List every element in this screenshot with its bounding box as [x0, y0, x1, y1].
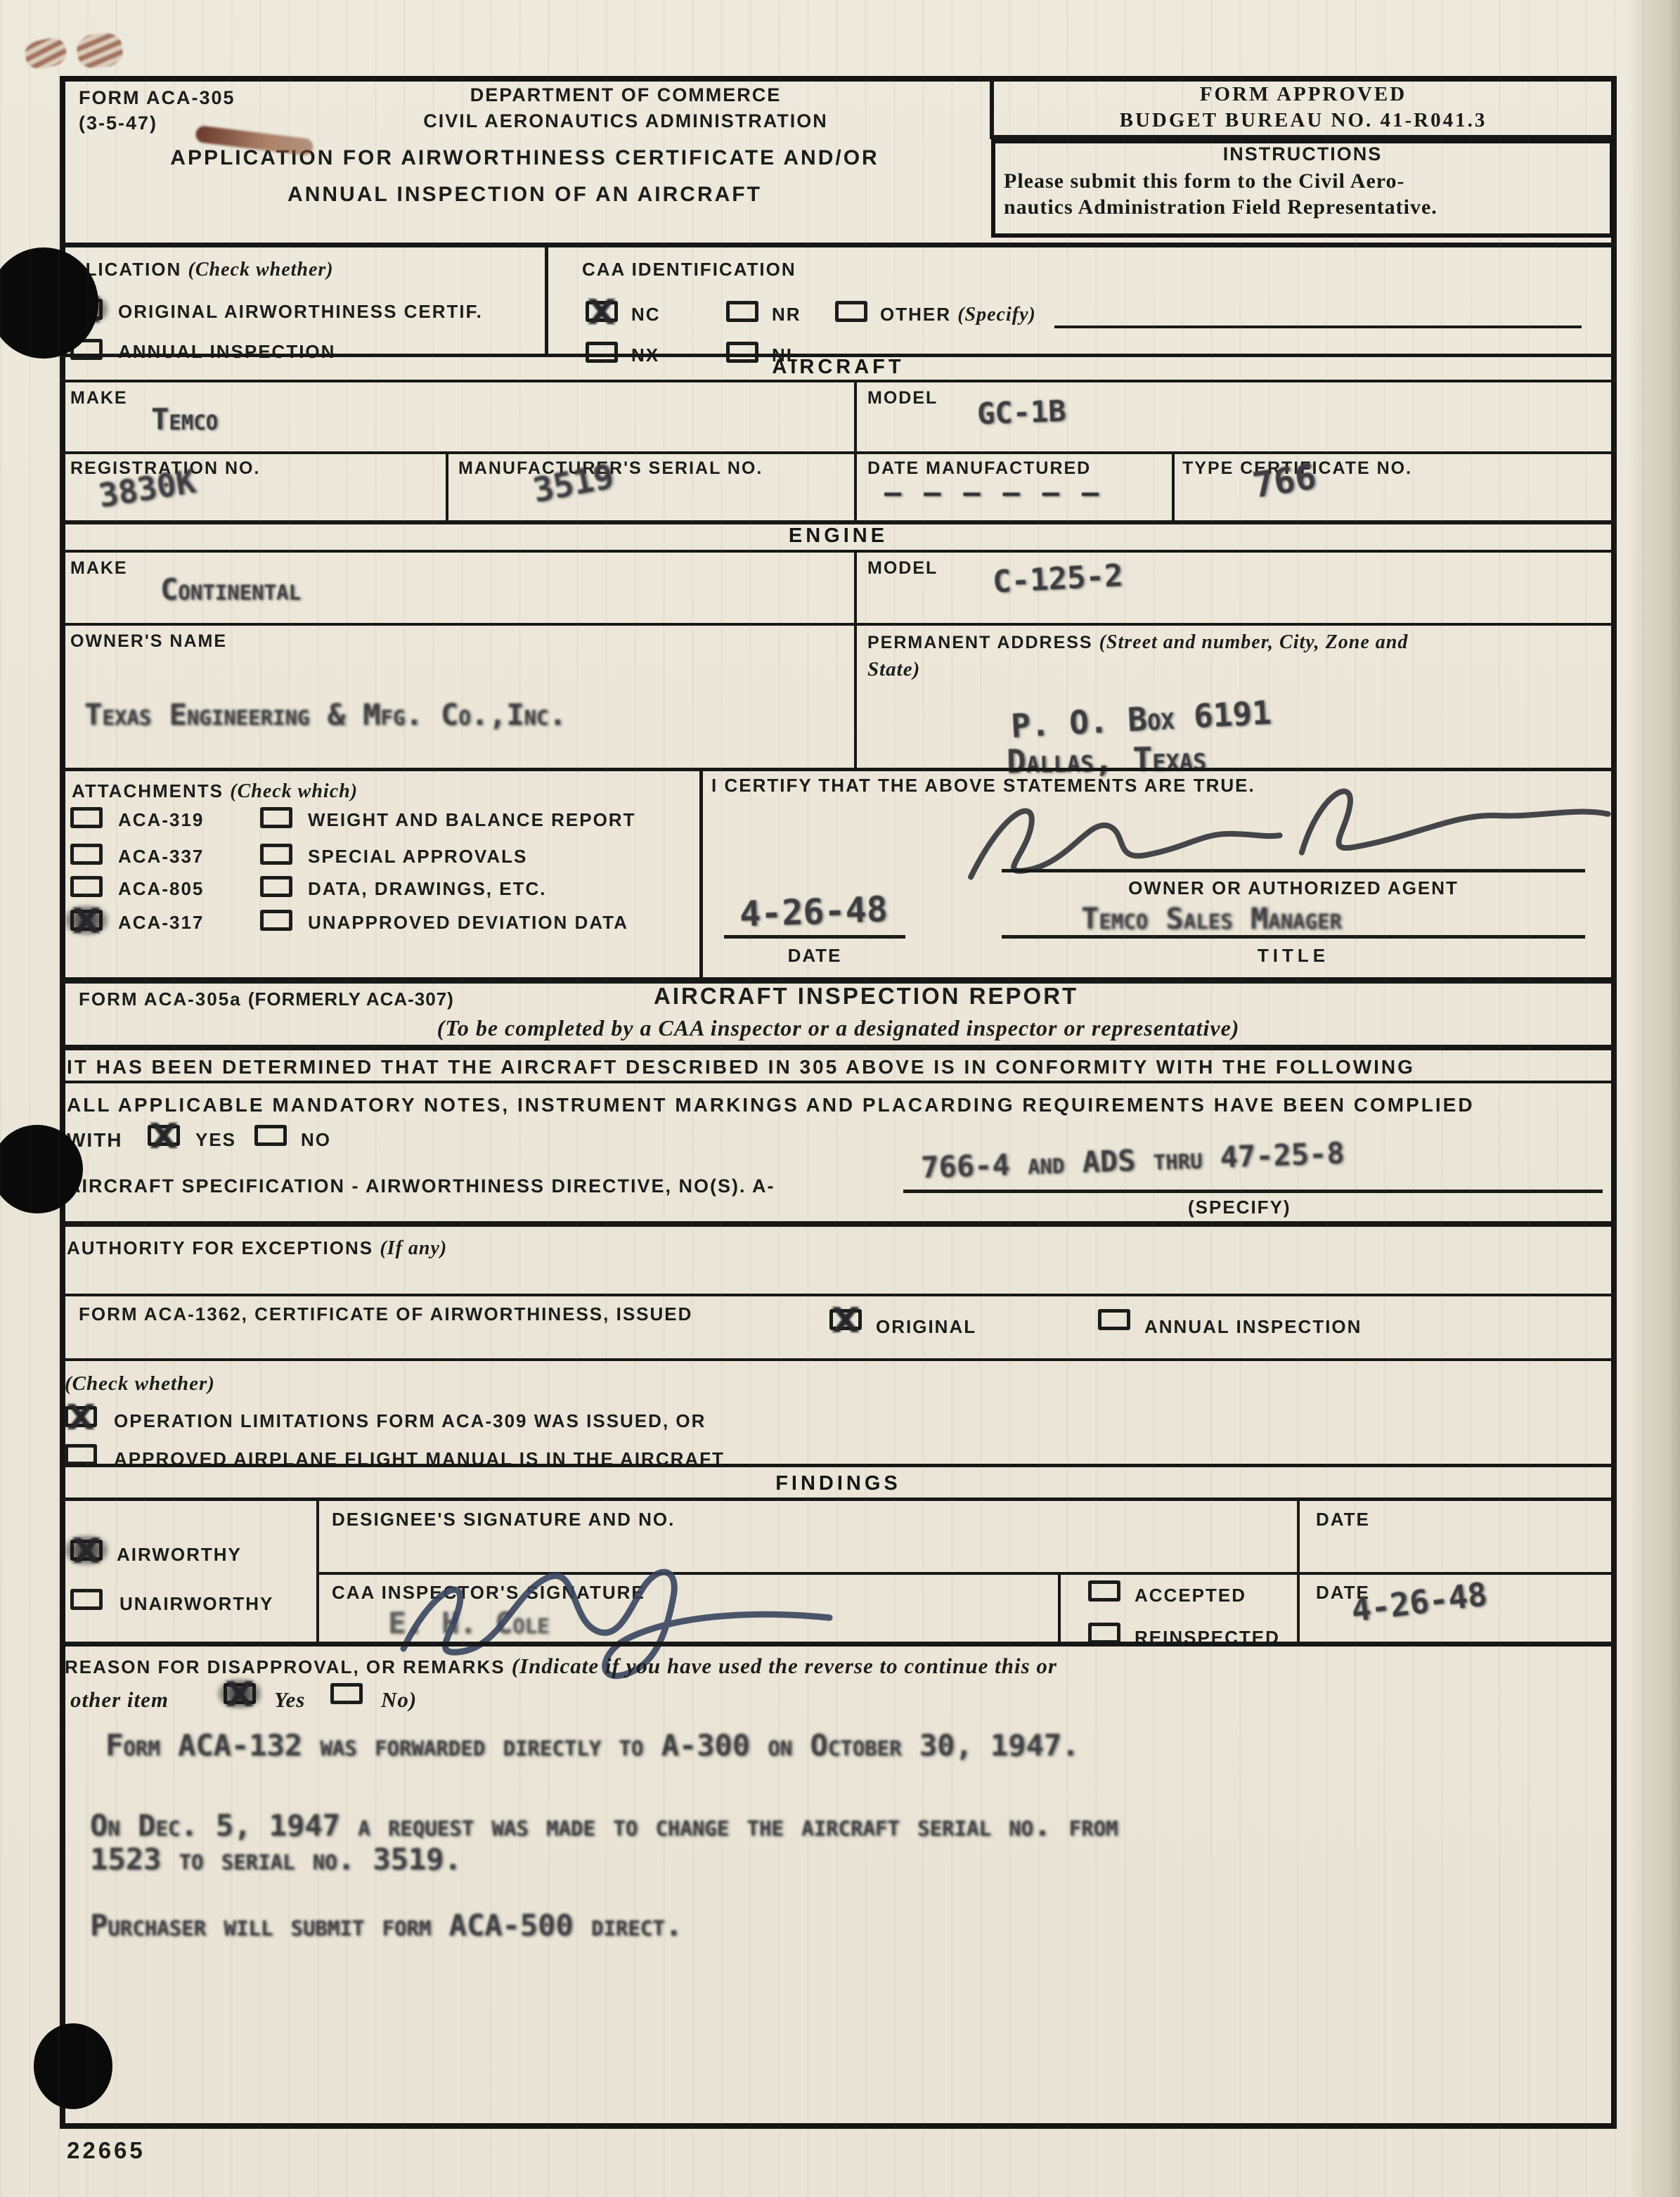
owner-name-value: Texas Engineering & Mfg. Co.,Inc. — [84, 697, 567, 732]
aca319-checkbox — [70, 807, 103, 828]
check-whether-note: (Check whether) — [65, 1372, 215, 1396]
nc-checkbox — [586, 301, 618, 322]
attachments-label: ATTACHMENTS (Check which) — [72, 780, 358, 803]
unairworthy-checkbox — [70, 1589, 103, 1610]
divider — [545, 243, 548, 355]
divider — [60, 768, 1617, 771]
specify-caption: (SPECIFY) — [1188, 1197, 1291, 1218]
aircraft-section-header: AIRCRAFT — [60, 356, 1617, 379]
aca337-label: ACA-337 — [118, 846, 204, 868]
instructions-heading: INSTRUCTIONS — [991, 143, 1614, 165]
owner-name-label: OWNER'S NAME — [70, 631, 227, 652]
special-approvals-label: SPECIAL APPROVALS — [308, 846, 527, 868]
findings-section-header: FINDINGS — [60, 1472, 1617, 1495]
inspection-report-title: AIRCRAFT INSPECTION REPORT — [654, 983, 1078, 1010]
divider — [60, 1358, 1617, 1361]
scanned-form-page: { "header": { "form_no": "FORM ACA-305",… — [0, 0, 1680, 2197]
remark-line: 1523 to serial no. 3519. — [90, 1842, 462, 1876]
pen-scribble-mark — [22, 35, 68, 71]
divider — [60, 1464, 1617, 1467]
airworthy-checkbox — [70, 1540, 103, 1561]
divider — [699, 768, 703, 977]
compliance-no-checkbox — [254, 1125, 287, 1146]
divider — [60, 380, 1617, 382]
agency-line: CIVIL AERONAUTICS ADMINISTRATION — [295, 110, 956, 132]
engine-model-label: MODEL — [867, 558, 938, 579]
nc-label: NC — [631, 304, 661, 326]
remarks-yes-label: Yes — [274, 1687, 305, 1713]
divider — [60, 1642, 1617, 1647]
remark-line: Form ACA-132 was forwarded directly to A… — [105, 1728, 1079, 1763]
authority-label-text: AUTHORITY FOR EXCEPTIONS — [67, 1237, 373, 1258]
compliance-no-label: NO — [301, 1129, 331, 1151]
divider — [60, 1221, 1617, 1227]
engine-make-value: Continental — [160, 572, 301, 607]
remarks-no-checkbox — [330, 1683, 363, 1704]
divider — [60, 550, 1617, 553]
unapproved-deviation-checkbox — [260, 910, 292, 931]
title-line — [1002, 935, 1585, 939]
application-note: (Check whether) — [188, 259, 334, 281]
address-note1: (Street and number, City, Zone and — [1099, 631, 1409, 653]
remarks-label: REASON FOR DISAPPROVAL, OR REMARKS (Indi… — [65, 1654, 1057, 1679]
aircraft-make-value: Temco — [151, 402, 218, 437]
divider — [1058, 1572, 1061, 1642]
designee-signature-label: DESIGNEE'S SIGNATURE AND NO. — [332, 1509, 675, 1531]
certification-date-value: 4-26-48 — [739, 889, 889, 934]
reinspected-checkbox — [1088, 1623, 1120, 1644]
divider — [60, 243, 1617, 247]
inspection-report-subtitle: (To be completed by a CAA inspector or a… — [60, 1015, 1617, 1041]
aca805-checkbox — [70, 876, 103, 897]
attachments-note: (Check which) — [230, 780, 358, 802]
other-specify-line — [1054, 326, 1582, 328]
engine-model-value: C-125-2 — [992, 558, 1124, 600]
divider — [60, 451, 1617, 454]
remarks-no-label: No) — [381, 1687, 417, 1713]
owner-signature-line — [1002, 869, 1585, 872]
aircraft-model-value: GC-1B — [976, 394, 1066, 431]
findings-date-label: DATE — [1316, 1509, 1370, 1531]
weight-balance-label: WEIGHT AND BALANCE REPORT — [308, 809, 635, 831]
engine-section-header: ENGINE — [60, 524, 1617, 548]
weight-balance-checkbox — [260, 807, 292, 828]
unapproved-deviation-label: UNAPPROVED DEVIATION DATA — [308, 912, 628, 934]
remarks-yes-checkbox — [224, 1683, 256, 1704]
remarks-note1: (Indicate if you have used the reverse t… — [512, 1654, 1057, 1678]
other-label-text: OTHER — [880, 304, 951, 325]
aca319-label: ACA-319 — [118, 809, 204, 831]
remarks-label-text: REASON FOR DISAPPROVAL, OR REMARKS — [65, 1656, 505, 1677]
certificate-original-label: ORIGINAL — [876, 1316, 976, 1338]
remark-line: Purchaser will submit form ACA-500 direc… — [90, 1908, 683, 1942]
divider — [60, 623, 1617, 626]
conformity-statement: IT HAS BEEN DETERMINED THAT THE AIRCRAFT… — [67, 1056, 1415, 1078]
spec-directive-label: AIRCRAFT SPECIFICATION - AIRWORTHINESS D… — [67, 1175, 775, 1197]
accepted-label: ACCEPTED — [1135, 1585, 1246, 1606]
certification-title-value: Temco Sales Manager — [1081, 901, 1342, 936]
engine-make-label: MAKE — [70, 558, 128, 579]
divider — [60, 1081, 1617, 1083]
title-caption: TITLE — [1002, 945, 1585, 967]
form-revision-date: (3-5-47) — [79, 112, 157, 134]
divider — [446, 451, 448, 520]
divider — [854, 451, 857, 520]
date-caption: DATE — [724, 945, 905, 967]
form-title-line2: ANNUAL INSPECTION OF AN AIRCRAFT — [60, 183, 990, 207]
punch-hole — [34, 2023, 112, 2109]
scan-edge-band — [1629, 0, 1680, 2197]
compliance-yes-checkbox — [148, 1125, 180, 1146]
divider — [316, 1497, 319, 1642]
nr-label: NR — [772, 304, 801, 326]
caa-identification-label: CAA IDENTIFICATION — [582, 259, 796, 281]
stamp-number: 22665 — [67, 2137, 146, 2164]
form-305a-number: FORM ACA-305a (FORMERLY ACA-307) — [79, 988, 454, 1010]
divider — [60, 1294, 1617, 1296]
permanent-address-label: PERMANENT ADDRESS (Street and number, Ci… — [867, 631, 1408, 654]
date-manufactured-label: DATE MANUFACTURED — [867, 458, 1091, 479]
flight-manual-checkbox — [65, 1444, 97, 1465]
remarks-note2: other item — [70, 1687, 169, 1713]
special-approvals-checkbox — [260, 844, 292, 865]
other-label: OTHER (Specify) — [880, 304, 1036, 326]
form-approved-label: FORM APPROVED — [994, 83, 1613, 106]
pen-scribble-mark — [75, 31, 124, 70]
date-line — [724, 935, 905, 939]
compliance-yes-label: YES — [195, 1129, 236, 1151]
other-specify-note: (Specify) — [957, 304, 1036, 326]
address-note2: State) — [867, 658, 920, 681]
date-manufactured-value: — — — — — — — [884, 477, 1101, 509]
divider — [854, 550, 857, 623]
certificate-annual-label: ANNUAL INSPECTION — [1144, 1316, 1362, 1338]
attachments-label-text: ATTACHMENTS — [72, 780, 224, 801]
form-305a-text: FORM ACA-305a — [79, 988, 242, 1010]
budget-bureau-number: BUDGET BUREAU NO. 41-R041.3 — [994, 109, 1613, 132]
compliance-statement: ALL APPLICABLE MANDATORY NOTES, INSTRUME… — [67, 1094, 1475, 1116]
divider — [1297, 1497, 1300, 1642]
other-checkbox — [835, 301, 867, 322]
aca317-checkbox — [70, 910, 103, 931]
certificate-annual-checkbox — [1098, 1309, 1130, 1330]
unairworthy-label: UNAIRWORTHY — [119, 1593, 273, 1615]
operation-limitations-checkbox — [65, 1406, 97, 1427]
divider — [60, 1497, 1617, 1501]
operation-limitations-label: OPERATION LIMITATIONS FORM ACA-309 WAS I… — [114, 1410, 706, 1432]
owner-agent-label: OWNER OR AUTHORIZED AGENT — [1002, 877, 1585, 899]
form-number: FORM ACA-305 — [79, 87, 235, 109]
address-label-text: PERMANENT ADDRESS — [867, 633, 1093, 652]
divider — [854, 380, 857, 451]
accepted-checkbox — [1088, 1580, 1120, 1602]
data-drawings-label: DATA, DRAWINGS, ETC. — [308, 878, 546, 900]
original-airworthiness-label: ORIGINAL AIRWORTHINESS CERTIF. — [118, 301, 483, 323]
airworthy-label: AIRWORTHY — [117, 1544, 242, 1566]
authority-note: (If any) — [380, 1237, 447, 1259]
form-305a-formerly: (FORMERLY ACA-307) — [248, 988, 454, 1010]
aca337-checkbox — [70, 844, 103, 865]
aircraft-make-label: MAKE — [70, 388, 128, 408]
nr-checkbox — [726, 301, 758, 322]
certificate-original-checkbox — [829, 1309, 862, 1330]
form-title-line1: APPLICATION FOR AIRWORTHINESS CERTIFICAT… — [60, 146, 990, 170]
spec-directive-line — [903, 1190, 1603, 1193]
form-1362-label: FORM ACA-1362, CERTIFICATE OF AIRWORTHIN… — [79, 1303, 692, 1325]
department-line: DEPARTMENT OF COMMERCE — [295, 84, 956, 106]
authority-exceptions-label: AUTHORITY FOR EXCEPTIONS (If any) — [67, 1237, 447, 1260]
remark-line: On Dec. 5, 1947 a request was made to ch… — [90, 1808, 1118, 1843]
data-drawings-checkbox — [260, 876, 292, 897]
aircraft-model-label: MODEL — [867, 388, 938, 408]
aca317-label: ACA-317 — [118, 912, 204, 934]
instructions-line1: Please submit this form to the Civil Aer… — [1004, 169, 1405, 193]
divider — [1172, 451, 1175, 520]
aca805-label: ACA-805 — [118, 878, 204, 900]
instructions-line2: nautics Administration Field Representat… — [1004, 195, 1437, 219]
divider — [854, 623, 857, 768]
divider — [60, 1045, 1617, 1050]
